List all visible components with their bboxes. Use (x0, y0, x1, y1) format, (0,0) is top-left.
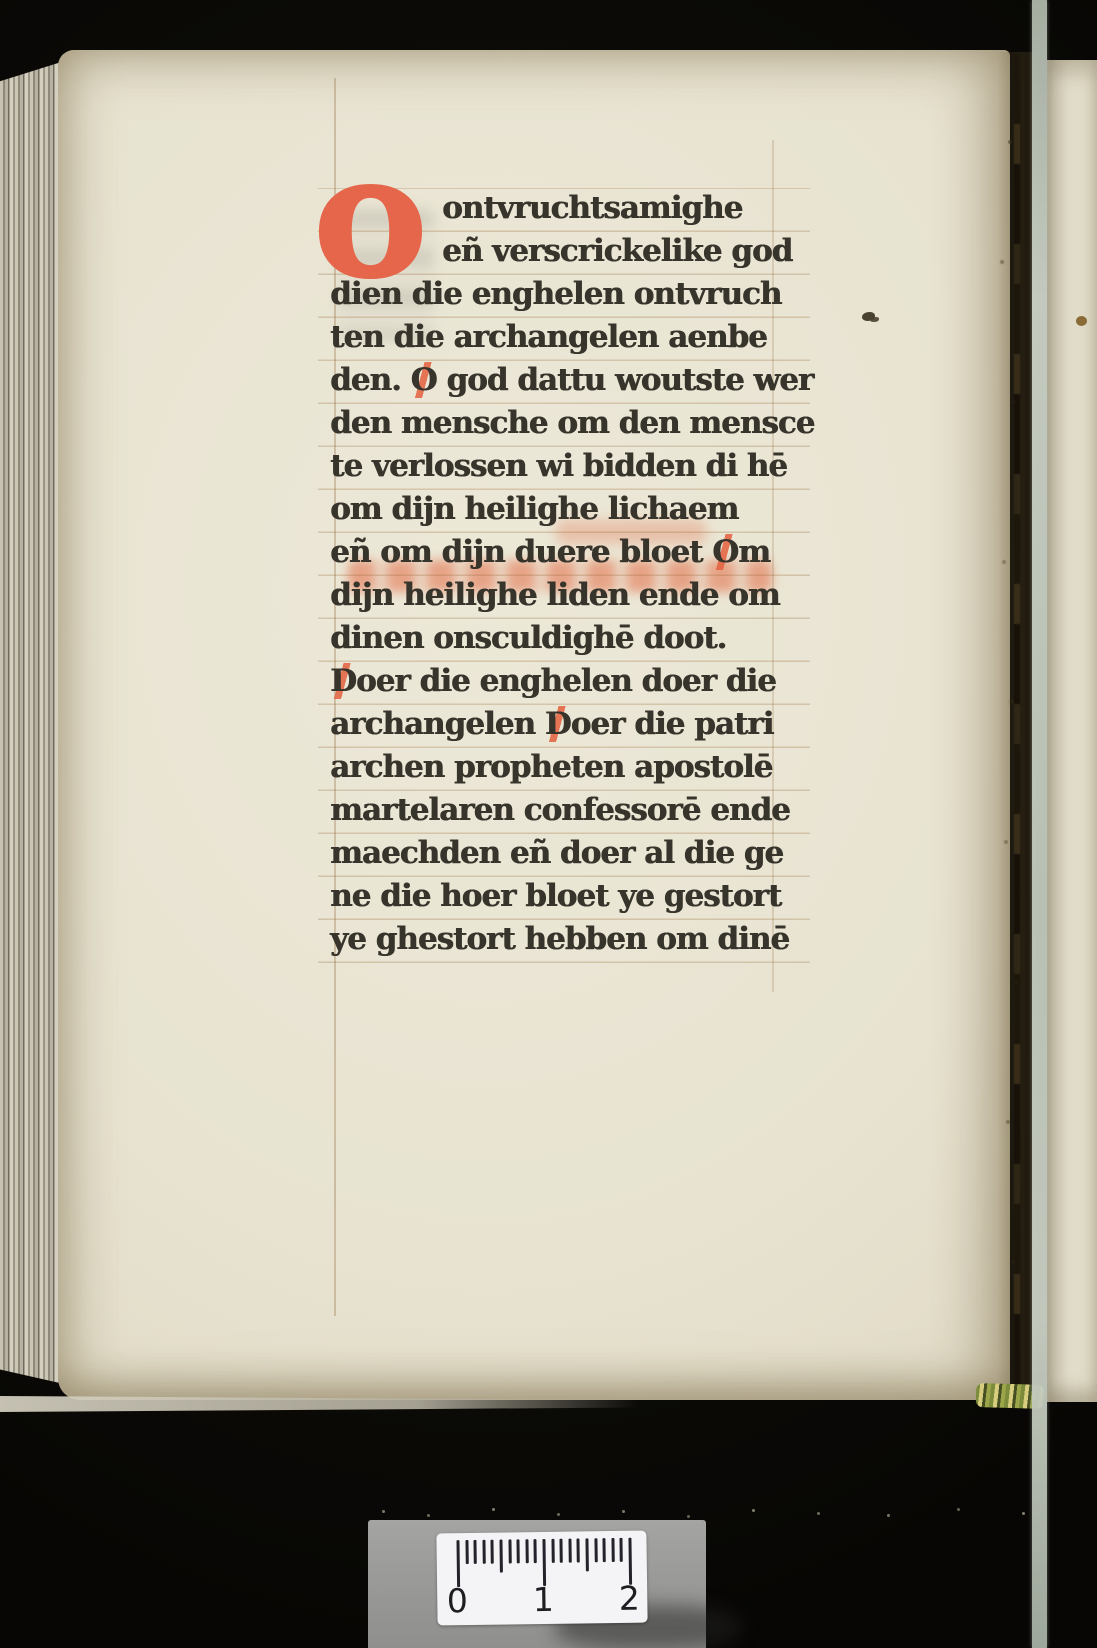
ruler-tick (603, 1538, 606, 1562)
adjacent-page-edge (1047, 60, 1097, 1402)
ruler-label: 1 (525, 1580, 562, 1619)
manuscript-line: ne die hoer bloet ye gestort (330, 875, 816, 918)
ruler-tick (577, 1538, 580, 1562)
ruler-tick (525, 1539, 528, 1563)
manuscript-line: te verlossen wi bidden di hē (330, 445, 816, 488)
ruler-tick (482, 1540, 485, 1564)
ruler-tick (491, 1540, 494, 1564)
ruler-tick (620, 1538, 623, 1562)
ruler-tick (499, 1540, 502, 1573)
manuscript-line: Doer die enghelen doer die (330, 660, 816, 703)
manuscript-line: ye ghestort hebben om dinē (330, 918, 816, 961)
manuscript-line: dinen onsculdighē doot. (330, 617, 816, 660)
ruler-tick (628, 1538, 632, 1585)
manuscript-line: ontvruchtsamighe (330, 187, 816, 230)
adjacent-page-speck (1076, 316, 1087, 326)
ruler-tick (474, 1540, 477, 1564)
manuscript-line: eñ verscrickelike god (330, 230, 816, 273)
manuscript-line: om dijn heilighe lichaem (330, 488, 816, 531)
manuscript-line: ten die archangelen aenbe (330, 316, 816, 359)
manuscript-photo: O ontvruchtsamigheeñ verscrickelike godd… (0, 0, 1097, 1648)
debris-crumbs (382, 1510, 385, 1513)
rubricated-capital: O (712, 534, 738, 570)
ruler-label: 0 (439, 1581, 476, 1620)
ruler-tick (534, 1539, 537, 1563)
ruler-tick (611, 1538, 614, 1562)
ruler-tick (568, 1539, 571, 1563)
rubricated-capital: D (330, 663, 356, 699)
rubricated-capital: O (411, 362, 437, 398)
manuscript-line: archangelen Doer die patri (330, 703, 816, 746)
manuscript-line: maechden eñ doer al die ge (330, 832, 816, 875)
ruler-tick (517, 1539, 520, 1563)
ruler-tick (585, 1538, 588, 1571)
gutter-seam-core (1014, 54, 1020, 1396)
ruler-tick (456, 1540, 460, 1587)
manuscript-line: dien die enghelen ontvruch (330, 273, 816, 316)
manuscript-line: martelaren confessorē ende (330, 789, 816, 832)
manuscript-line: archen propheten apostolē (330, 746, 816, 789)
gutter-dirt-specks (1008, 140, 1012, 144)
rubricated-capital: D (545, 706, 571, 742)
scale-ruler: 012 (436, 1531, 647, 1626)
ruler-tick (560, 1539, 563, 1563)
ruler-tick (551, 1539, 554, 1563)
ruler-tick (542, 1539, 546, 1586)
manuscript-line: dijn heilighe liden ende om (330, 574, 816, 617)
ruler-tick (508, 1539, 511, 1563)
text-block: ontvruchtsamigheeñ verscrickelike goddie… (330, 187, 816, 961)
ruler-tick (594, 1538, 597, 1562)
ruler-label: 2 (611, 1579, 648, 1618)
manuscript-line: den mensche om den mensce (330, 402, 816, 445)
glass-sheet-edge (1032, 0, 1047, 1648)
manuscript-line: eñ om dijn duere bloet Om (330, 531, 816, 574)
manuscript-line: den. O god dattu woutste wer (330, 359, 816, 402)
ruler-tick (465, 1540, 468, 1564)
